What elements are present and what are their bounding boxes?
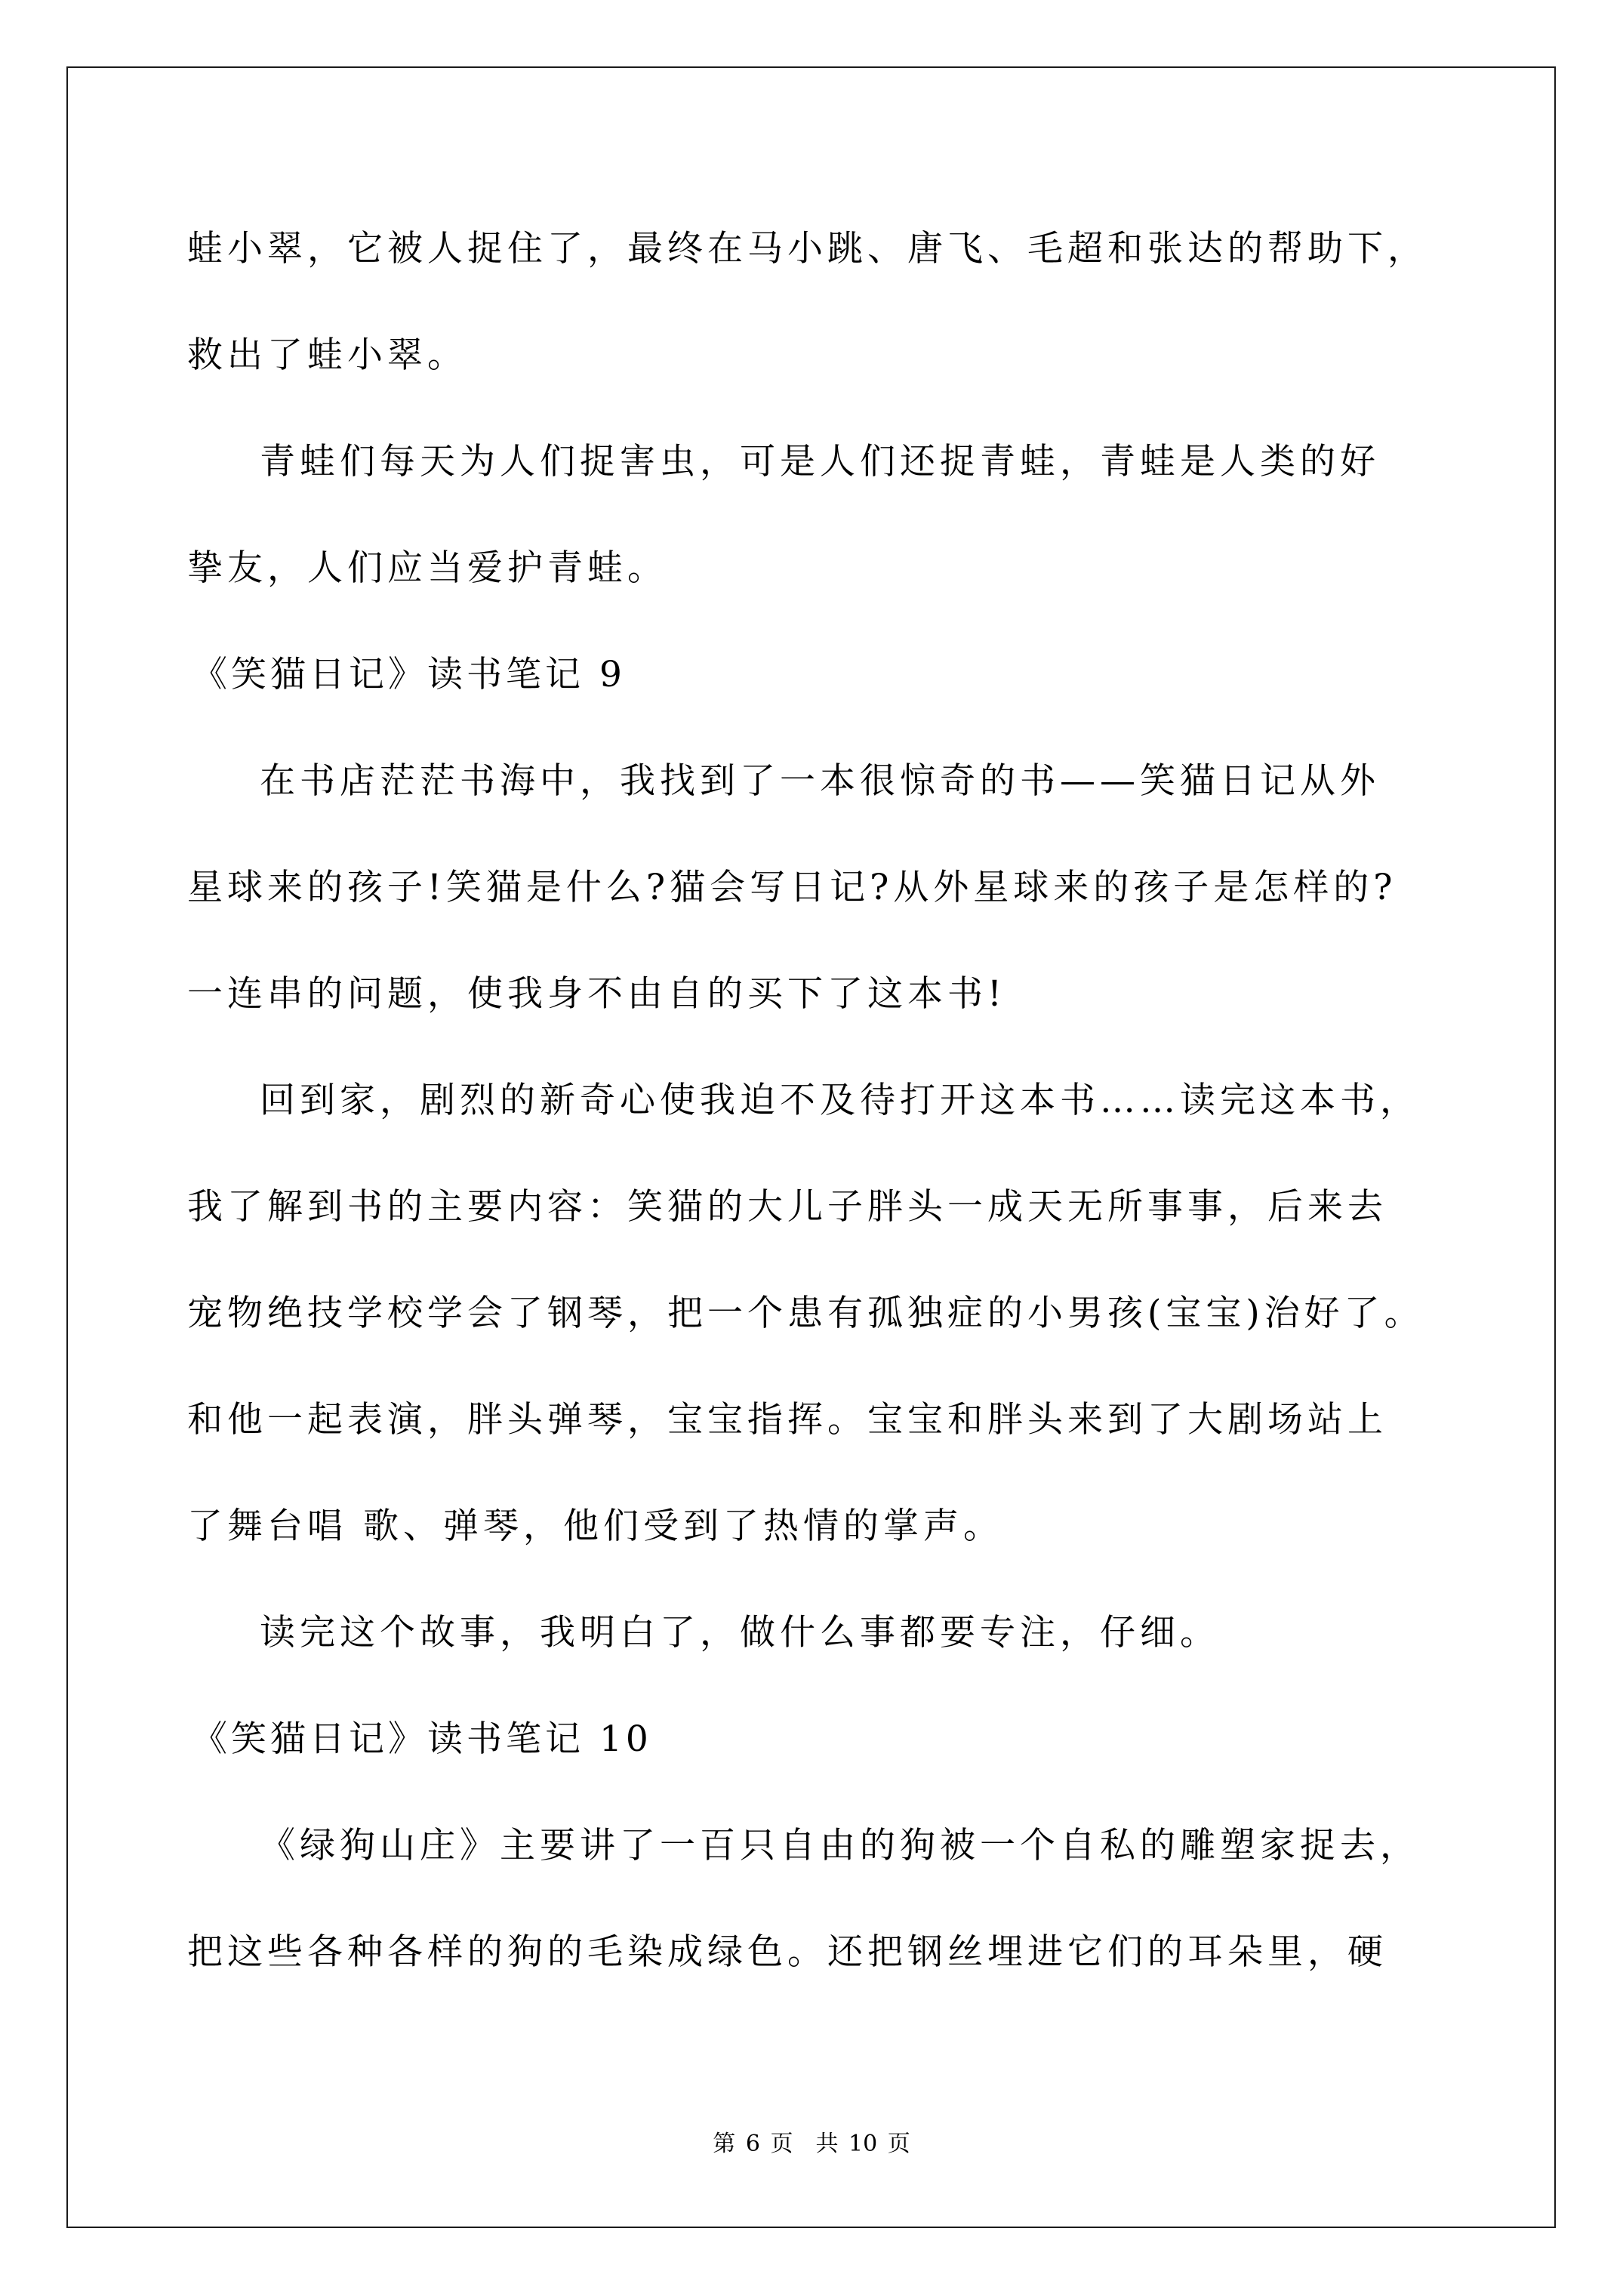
text-line: 在书店茫茫书海中，我找到了一本很惊奇的书——笑猫日记从外 xyxy=(260,759,1380,804)
page-total: 共 10 页 xyxy=(815,2129,910,2159)
text-line: 《绿狗山庄》主要讲了一百只自由的狗被一个自私的雕塑家捉去， xyxy=(260,1823,1420,1869)
text-line: 救出了蛙小翠。 xyxy=(187,333,467,378)
page-border xyxy=(66,66,1556,2228)
text-line: 一连串的问题，使我身不由自的买下了这本书! xyxy=(187,972,1006,1017)
text-line: 读完这个故事，我明白了，做什么事都要专注，仔细。 xyxy=(260,1610,1220,1656)
text-line: 挚友，人们应当爱护青蛙。 xyxy=(187,546,667,591)
text-line: 我了解到书的主要内容：笑猫的大儿子胖头一成天无所事事，后来去 xyxy=(187,1185,1387,1230)
section-heading: 《笑猫日记》读书笔记 9 xyxy=(192,652,626,698)
text-line: 了舞台唱 歌、弹琴，他们受到了热情的掌声。 xyxy=(187,1504,1003,1549)
text-line: 蛙小翠，它被人捉住了，最终在马小跳、唐飞、毛超和张达的帮助下， xyxy=(187,227,1427,272)
text-line: 回到家，剧烈的新奇心使我迫不及待打开这本书……读完这本书， xyxy=(260,1078,1420,1123)
section-heading: 《笑猫日记》读书笔记 10 xyxy=(192,1717,652,1762)
text-line: 把这些各种各样的狗的毛染成绿色。还把钢丝埋进它们的耳朵里，硬 xyxy=(187,1930,1387,1975)
page-number: 第 6 页 xyxy=(713,2129,793,2159)
text-line: 宠物绝技学校学会了钢琴，把一个患有孤独症的小男孩(宝宝)治好了。 xyxy=(187,1291,1424,1336)
text-line: 青蛙们每天为人们捉害虫，可是人们还捉青蛙，青蛙是人类的好 xyxy=(260,439,1380,485)
page-footer: 第 6 页共 10 页 xyxy=(0,2129,1623,2159)
text-line: 和他一起表演，胖头弹琴，宝宝指挥。宝宝和胖头来到了大剧场站上 xyxy=(187,1398,1387,1443)
text-line: 星球来的孩子!笑猫是什么?猫会写日记?从外星球来的孩子是怎样的? xyxy=(187,865,1397,911)
